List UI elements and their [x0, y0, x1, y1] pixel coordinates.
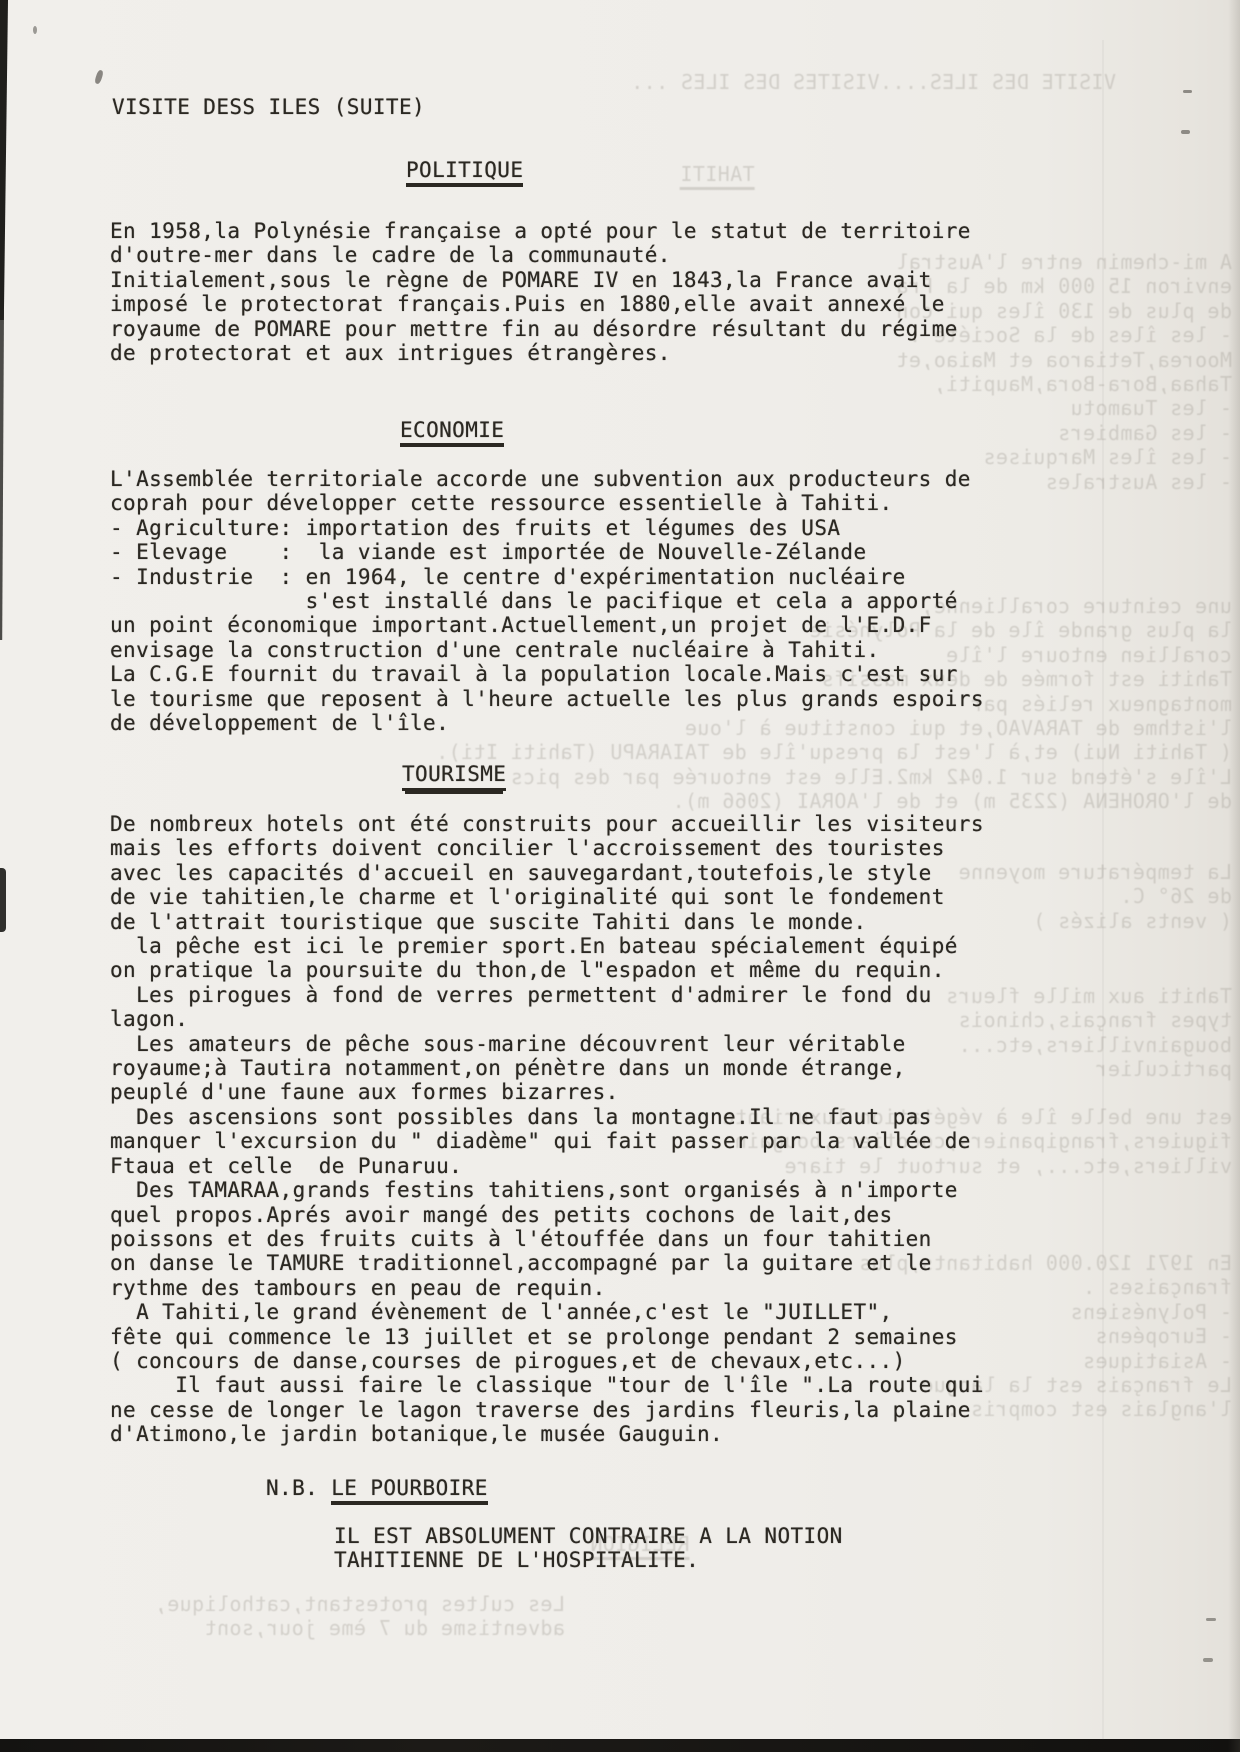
nb-note: N.B. LE POURBOIRE [266, 1476, 488, 1500]
tourisme-heading: TOURISME [402, 762, 506, 791]
ink-speck [94, 69, 104, 84]
ink-speck [1181, 130, 1190, 134]
scan-artifact-left-edge-lower [0, 310, 4, 640]
ink-speck [1203, 1658, 1213, 1662]
ink-speck [33, 26, 37, 34]
ghost-ethnic-list-block: - Polynésiens - Européens - Asiatiques [997, 1300, 1232, 1373]
scan-artifact-left-edge [0, 0, 8, 320]
scan-artifact-left-blob [0, 868, 6, 932]
scanned-page: VISITE DES ILES....VISITES DES ILES ... … [0, 0, 1240, 1752]
ink-speck [1183, 90, 1192, 93]
economie-heading: ECONOMIE [400, 418, 504, 447]
pourboire-heading: LE POURBOIRE [331, 1476, 488, 1505]
ghost-tahiti-heading: TAHITI [680, 162, 755, 190]
tourisme-paragraph: De nombreux hotels ont été construits po… [110, 812, 984, 1447]
document-title: VISITE DESS ILES (SUITE) [112, 95, 425, 119]
hospitality-note: IL EST ABSOLUMENT CONTRAIRE A LA NOTION … [334, 1524, 843, 1573]
ghost-header-text: VISITE DES ILES....VISITES DES ILES ... [578, 70, 1116, 94]
ghost-cults-block: Les cultes protestant,catholique, advent… [60, 1592, 565, 1641]
economie-paragraph: L'Assemblée territoriale accorde une sub… [110, 467, 984, 735]
politique-paragraph: En 1958,la Polynésie française a opté po… [110, 219, 971, 365]
scan-artifact-seam [1102, 40, 1104, 1740]
scan-artifact-right-shade [1228, 0, 1240, 1752]
ink-speck [1206, 1618, 1216, 1621]
nb-label: N.B. [266, 1476, 331, 1500]
scan-artifact-bottom-bar [0, 1739, 1240, 1752]
politique-heading: POLITIQUE [406, 158, 523, 187]
